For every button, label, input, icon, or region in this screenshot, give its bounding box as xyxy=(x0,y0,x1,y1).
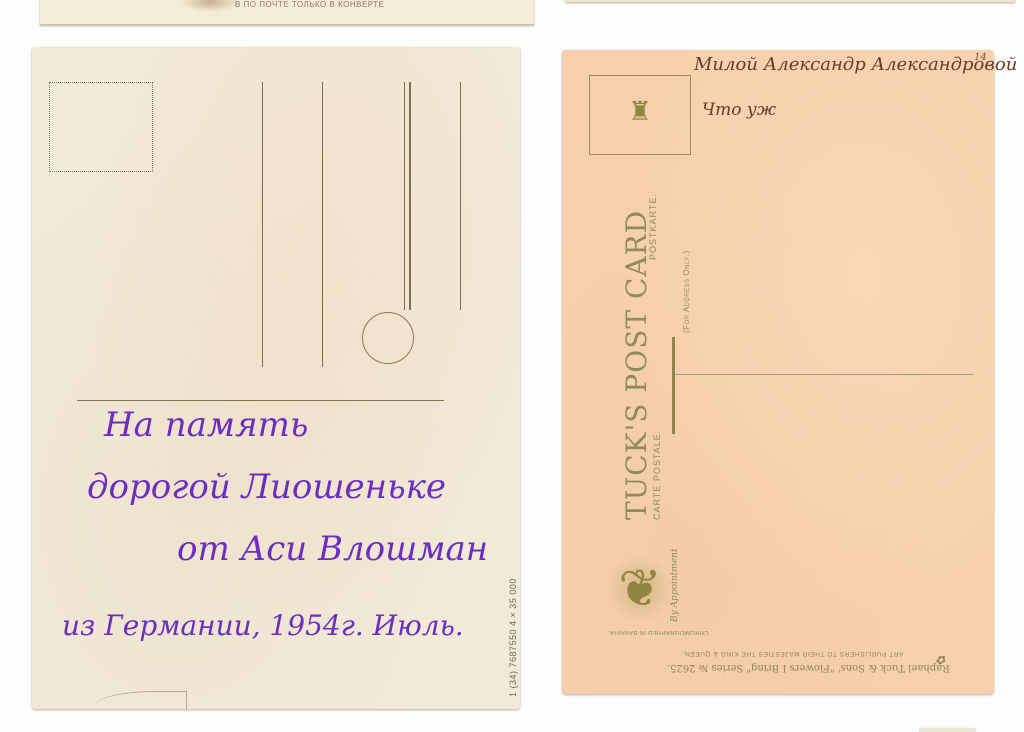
postmark-circle xyxy=(362,312,414,364)
stamp-logo-box: ♜ xyxy=(589,75,691,155)
postkarte-label: POSTKARTE. xyxy=(648,193,658,260)
handwriting-line: от Аси Влошман xyxy=(177,529,488,569)
top-card-caption: В ПО ПОЧТЕ ТОЛЬКО В КОНВЕРТЕ xyxy=(235,0,385,9)
corner-note: 14 xyxy=(974,52,987,63)
left-postcard: На память дорогой Лиошеньке от Аси Влошм… xyxy=(32,47,520,709)
tuck-monogram-icon: ✿ xyxy=(937,653,947,667)
publisher-series-line: Raphael Tuck & Sons' "Flowers I Bring" S… xyxy=(667,662,950,673)
royal-crest-icon: ❦ xyxy=(606,553,674,625)
tuck-easel-logo-icon: ♜ xyxy=(620,96,660,126)
publisher-subline: ART PUBLISHERS TO THEIR MAJESTIES THE KI… xyxy=(682,650,903,657)
divider-line xyxy=(262,82,263,367)
chromographed-label: CHROMOGRAPHED IN BAVARIA. xyxy=(608,628,709,636)
address-only-note: (For Address Only.) xyxy=(682,250,691,333)
center-divider xyxy=(672,337,675,434)
handwriting-line: дорогой Лиошеньке xyxy=(87,467,446,507)
bottom-card-edge xyxy=(920,728,975,732)
by-appointment-label: By Appointment xyxy=(670,548,680,622)
stain xyxy=(180,0,240,12)
handwriting-line: Милой Александр Александровой xyxy=(694,54,1017,75)
handwriting-line: Что уж xyxy=(702,100,776,120)
print-code: 1 (34) 7687550 4 × 35 000 xyxy=(508,578,518,697)
divider-line xyxy=(404,82,405,310)
message-divider xyxy=(77,400,444,401)
divider-line xyxy=(409,82,411,310)
address-line xyxy=(674,374,974,375)
stamp-placeholder xyxy=(49,82,153,172)
top-postcard-partial: В ПО ПОЧТЕ ТОЛЬКО В КОНВЕРТЕ xyxy=(40,0,534,25)
paper-tear xyxy=(96,691,187,710)
handwriting-line: из Германии, 1954г. Июль. xyxy=(62,609,464,642)
handwriting-line: На память xyxy=(104,405,308,445)
divider-line xyxy=(460,82,461,310)
carte-postale-label: CARTE POSTALE. xyxy=(652,430,662,520)
right-postcard: ♜ Милой Александр Александровой Что уж 1… xyxy=(562,50,994,694)
divider-line xyxy=(322,82,323,367)
top-right-card-edge xyxy=(565,0,1015,2)
